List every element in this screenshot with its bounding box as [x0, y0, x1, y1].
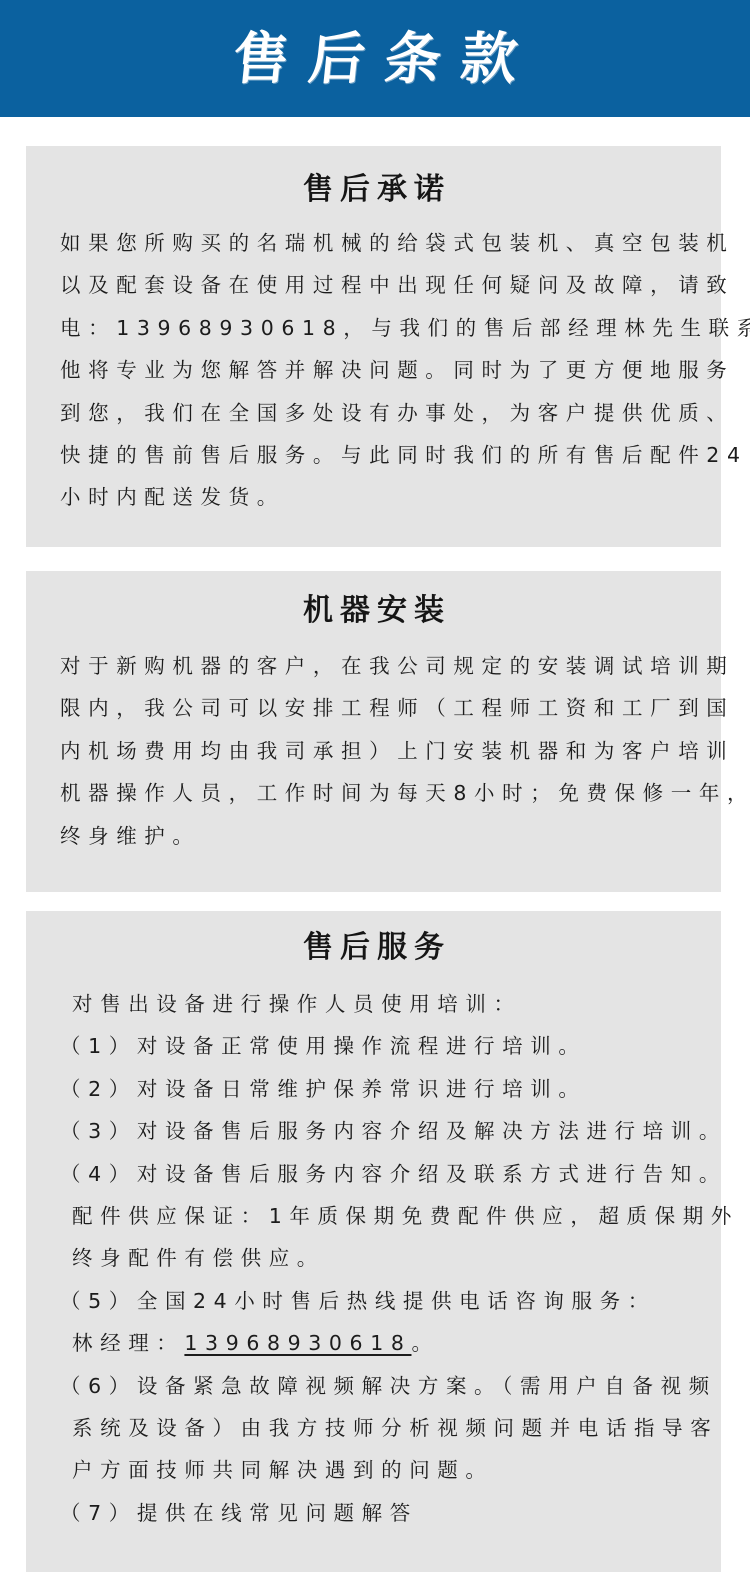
body-line: 机器操作人员，工作时间为每天8小时；免费保修一年， [60, 772, 700, 814]
body-line: 他将专业为您解答并解决问题。同时为了更方便地服务 [60, 349, 700, 391]
body-line: 对于新购机器的客户，在我公司规定的安装调试培训期 [60, 645, 700, 687]
list-item: （3）对设备售后服务内容介绍及解决方法进行培训。 [60, 1110, 700, 1152]
body-line: 电：13968930618，与我们的售后部经理林先生联系， [60, 307, 700, 349]
section-after-sales-service: 售后服务 对售出设备进行操作人员使用培训： （1）对设备正常使用操作流程进行培训… [26, 911, 721, 1572]
body-line: 到您，我们在全国多处设有办事处，为客户提供优质、 [60, 392, 700, 434]
list-item: （2）对设备日常维护保养常识进行培训。 [60, 1068, 700, 1110]
page-title: 售后条款 [210, 31, 540, 87]
body-line: 以及配套设备在使用过程中出现任何疑问及故障，请致 [60, 264, 700, 306]
section-title: 售后服务 [26, 928, 721, 968]
section-body: 对售出设备进行操作人员使用培训： （1）对设备正常使用操作流程进行培训。 （2）… [60, 983, 700, 1534]
body-line: 户方面技师共同解决遇到的问题。 [60, 1449, 700, 1491]
list-item: （6）设备紧急故障视频解决方案。（需用户自备视频 [60, 1365, 700, 1407]
section-title: 售后承诺 [26, 170, 721, 210]
list-item: （7）提供在线常见问题解答 [60, 1492, 700, 1534]
body-line: 如果您所购买的名瑞机械的给袋式包装机、真空包装机 [60, 222, 700, 264]
body-line: 小时内配送发货。 [60, 476, 700, 518]
list-item: （5）全国24小时售后热线提供电话咨询服务： [60, 1280, 700, 1322]
body-line: 限内，我公司可以安排工程师（工程师工资和工厂到国 [60, 687, 700, 729]
section-after-sales-promise: 售后承诺 如果您所购买的名瑞机械的给袋式包装机、真空包装机 以及配套设备在使用过… [26, 146, 721, 547]
section-title: 机器安装 [26, 591, 721, 631]
manager-label: 林经理： [72, 1331, 184, 1355]
body-line: 快捷的售前售后服务。与此同时我们的所有售后配件24 [60, 434, 700, 476]
section-body: 对于新购机器的客户，在我公司规定的安装调试培训期 限内，我公司可以安排工程师（工… [60, 645, 700, 857]
body-line: 配件供应保证：1年质保期免费配件供应，超质保期外 [60, 1195, 700, 1237]
manager-phone-link[interactable]: 13968930618 [184, 1331, 411, 1355]
body-line: 系统及设备）由我方技师分析视频问题并电话指导客 [60, 1407, 700, 1449]
list-item: （1）对设备正常使用操作流程进行培训。 [60, 1025, 700, 1067]
manager-contact-line: 林经理：13968930618。 [60, 1322, 700, 1364]
body-line: 终身配件有偿供应。 [60, 1237, 700, 1279]
body-line: 对售出设备进行操作人员使用培训： [60, 983, 700, 1025]
body-line: 内机场费用均由我司承担）上门安装机器和为客户培训 [60, 730, 700, 772]
section-body: 如果您所购买的名瑞机械的给袋式包装机、真空包装机 以及配套设备在使用过程中出现任… [60, 222, 700, 519]
phone-suffix: 。 [411, 1331, 439, 1355]
list-item: （4）对设备售后服务内容介绍及联系方式进行告知。 [60, 1153, 700, 1195]
body-line: 终身维护。 [60, 815, 700, 857]
header-banner: 售后条款 [0, 0, 750, 117]
section-machine-installation: 机器安装 对于新购机器的客户，在我公司规定的安装调试培训期 限内，我公司可以安排… [26, 571, 721, 892]
